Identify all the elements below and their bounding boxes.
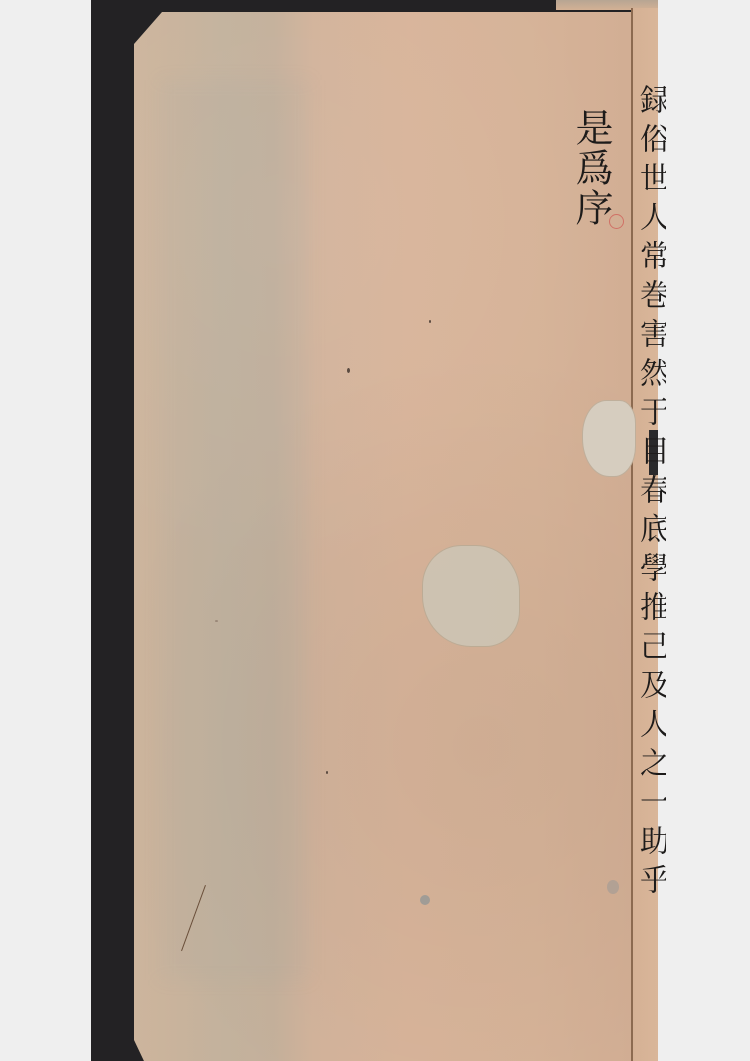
stain-spot <box>420 895 430 905</box>
ink-speck <box>215 620 218 622</box>
closing-phrase: 是爲序 <box>572 108 610 228</box>
ink-speck <box>326 771 328 774</box>
ink-speck <box>429 320 431 323</box>
page-fold-line <box>631 8 633 1061</box>
page-discoloration <box>160 80 310 980</box>
paper-damage-patch <box>582 400 636 477</box>
adjacent-text-column: 録俗世人常巻害然于目春底學推己及人之一助乎 <box>634 84 666 1004</box>
paper-repair-patch <box>422 545 520 647</box>
ink-speck <box>347 368 350 373</box>
stain-spot <box>607 880 619 894</box>
scan-canvas: 是爲序 録俗世人常巻害然于目春底學推己及人之一助乎 <box>0 0 750 1061</box>
seal-icon <box>609 214 624 229</box>
